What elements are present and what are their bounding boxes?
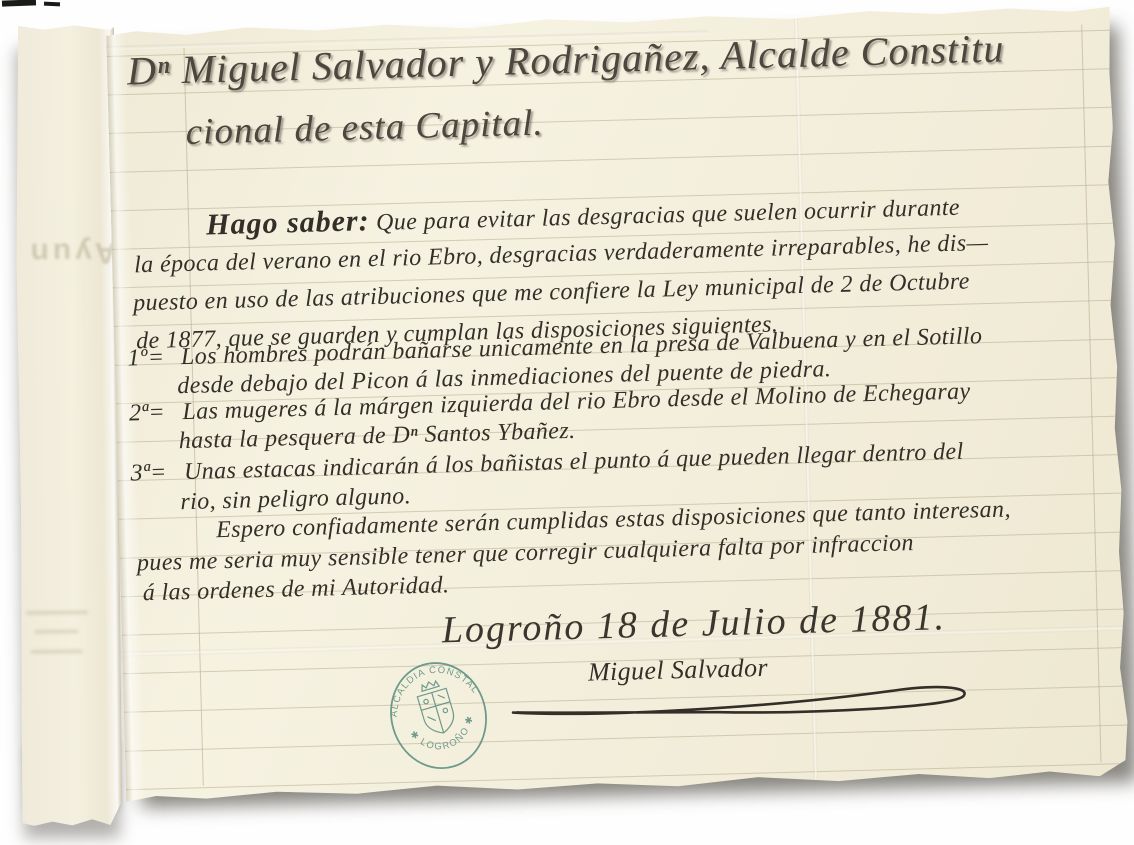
bleed-through-text: Ayun [16, 235, 116, 270]
document-scan: Ayun Dⁿ Miguel Salvador y Rodrigañez, Al… [0, 0, 1134, 845]
hago-saber-label: Hago saber: [206, 204, 370, 241]
stamp-arc-bottom-text: ✱ LOGROÑO ✱ [406, 711, 483, 761]
torn-edge-speck [2, 0, 36, 7]
flourish-stroke [513, 686, 965, 719]
document-title-line-2: cional de esta Capital. [185, 105, 544, 151]
bleed-through-smudge [26, 610, 88, 615]
stamp-coat-of-arms [414, 678, 458, 737]
bleed-through-smudge [31, 649, 83, 654]
torn-edge-speck [44, 2, 60, 7]
item-3-line-2: rio, sin peligro alguno. [180, 484, 411, 514]
item-2-number: 2ª= [129, 400, 177, 425]
stamp-bottom-text: ✱ LOGROÑO ✱ [406, 711, 483, 761]
folded-page-strip: Ayun [14, 25, 122, 826]
manuscript-page: Dⁿ Miguel Salvador y Rodrigañez, Alcalde… [106, 4, 1130, 802]
item-3-number: 3ª= [130, 460, 178, 485]
item-1-number: 1º= [127, 345, 175, 370]
bleed-through-smudge [34, 629, 78, 633]
stamp-crown [420, 679, 439, 691]
